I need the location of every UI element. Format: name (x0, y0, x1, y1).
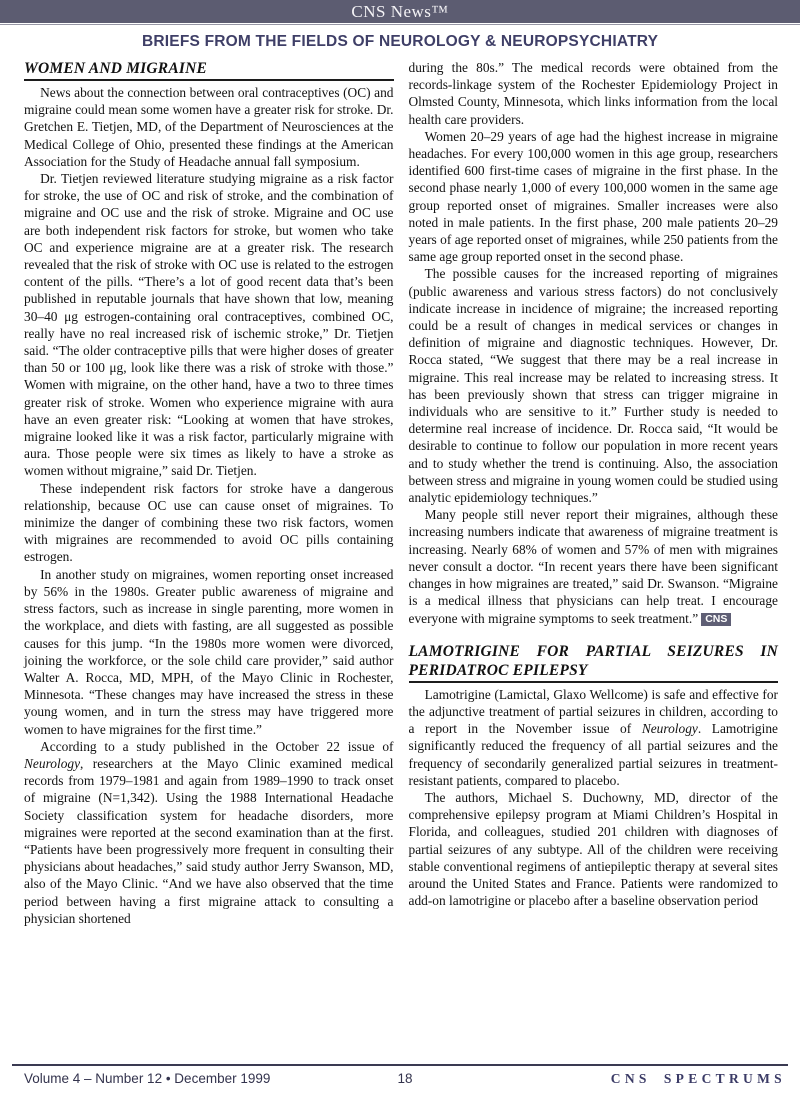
paragraph-text: Dr. Tietjen reviewed literature studying… (24, 171, 394, 478)
paragraph: Women 20–29 years of age had the highest… (409, 128, 779, 266)
paragraph-text: during the 80s.” The medical records wer… (409, 60, 779, 127)
page: CNS News™ BRIEFS FROM THE FIELDS OF NEUR… (0, 0, 800, 1098)
paragraph: News about the connection between oral c… (24, 84, 394, 170)
footer: Volume 4 – Number 12 • December 1999 18 … (12, 1064, 788, 1087)
footer-page-number: 18 (334, 1071, 476, 1086)
tagline-text: BRIEFS FROM THE FIELDS OF NEUROLOGY & NE… (142, 33, 658, 51)
paragraph: during the 80s.” The medical records wer… (409, 59, 779, 128)
paragraph: The possible causes for the increased re… (409, 265, 779, 506)
paragraph-text: In another study on migraines, women rep… (24, 567, 394, 737)
paragraph: The authors, Michael S. Duchowny, MD, di… (409, 789, 779, 909)
column-right: during the 80s.” The medical records wer… (409, 59, 779, 927)
journal-title-italic: Neurology (642, 721, 698, 736)
paragraph-text: Many people still never report their mig… (409, 507, 779, 625)
tagline: BRIEFS FROM THE FIELDS OF NEUROLOGY & NE… (0, 25, 800, 58)
paragraph: These independent risk factors for strok… (24, 480, 394, 566)
paragraph: Lamotrigine (Lamictal, Glaxo Wellcome) i… (409, 686, 779, 789)
paragraph-text: These independent risk factors for strok… (24, 481, 394, 565)
article-content: WOMEN AND MIGRAINENews about the connect… (0, 58, 800, 927)
paragraph-text: , researchers at the Mayo Clinic examine… (24, 756, 394, 926)
paragraph: Many people still never report their mig… (409, 506, 779, 626)
journal-title-italic: Neurology (24, 756, 80, 771)
article-heading: WOMEN AND MIGRAINE (24, 59, 394, 81)
paragraph-text: The authors, Michael S. Duchowny, MD, di… (409, 790, 779, 908)
masthead-title: CNS News™ (351, 2, 448, 22)
paragraph: Dr. Tietjen reviewed literature studying… (24, 170, 394, 480)
cns-end-of-article-badge: CNS (701, 613, 731, 626)
paragraph-text: News about the connection between oral c… (24, 85, 394, 169)
paragraph-text: Women 20–29 years of age had the highest… (409, 129, 779, 264)
paragraph-text: According to a study published in the Oc… (40, 739, 393, 754)
masthead-bar: CNS News™ (0, 0, 800, 23)
paragraph: In another study on migraines, women rep… (24, 566, 394, 738)
column-left: WOMEN AND MIGRAINENews about the connect… (24, 59, 394, 927)
footer-volume-date: Volume 4 – Number 12 • December 1999 (12, 1071, 334, 1086)
paragraph-text: The possible causes for the increased re… (409, 266, 779, 505)
paragraph: According to a study published in the Oc… (24, 738, 394, 927)
footer-journal-name: CNS SPECTRUMS (476, 1071, 788, 1087)
article-heading: LAMOTRIGINE FOR PARTIAL SEIZURES IN PERI… (409, 642, 779, 683)
